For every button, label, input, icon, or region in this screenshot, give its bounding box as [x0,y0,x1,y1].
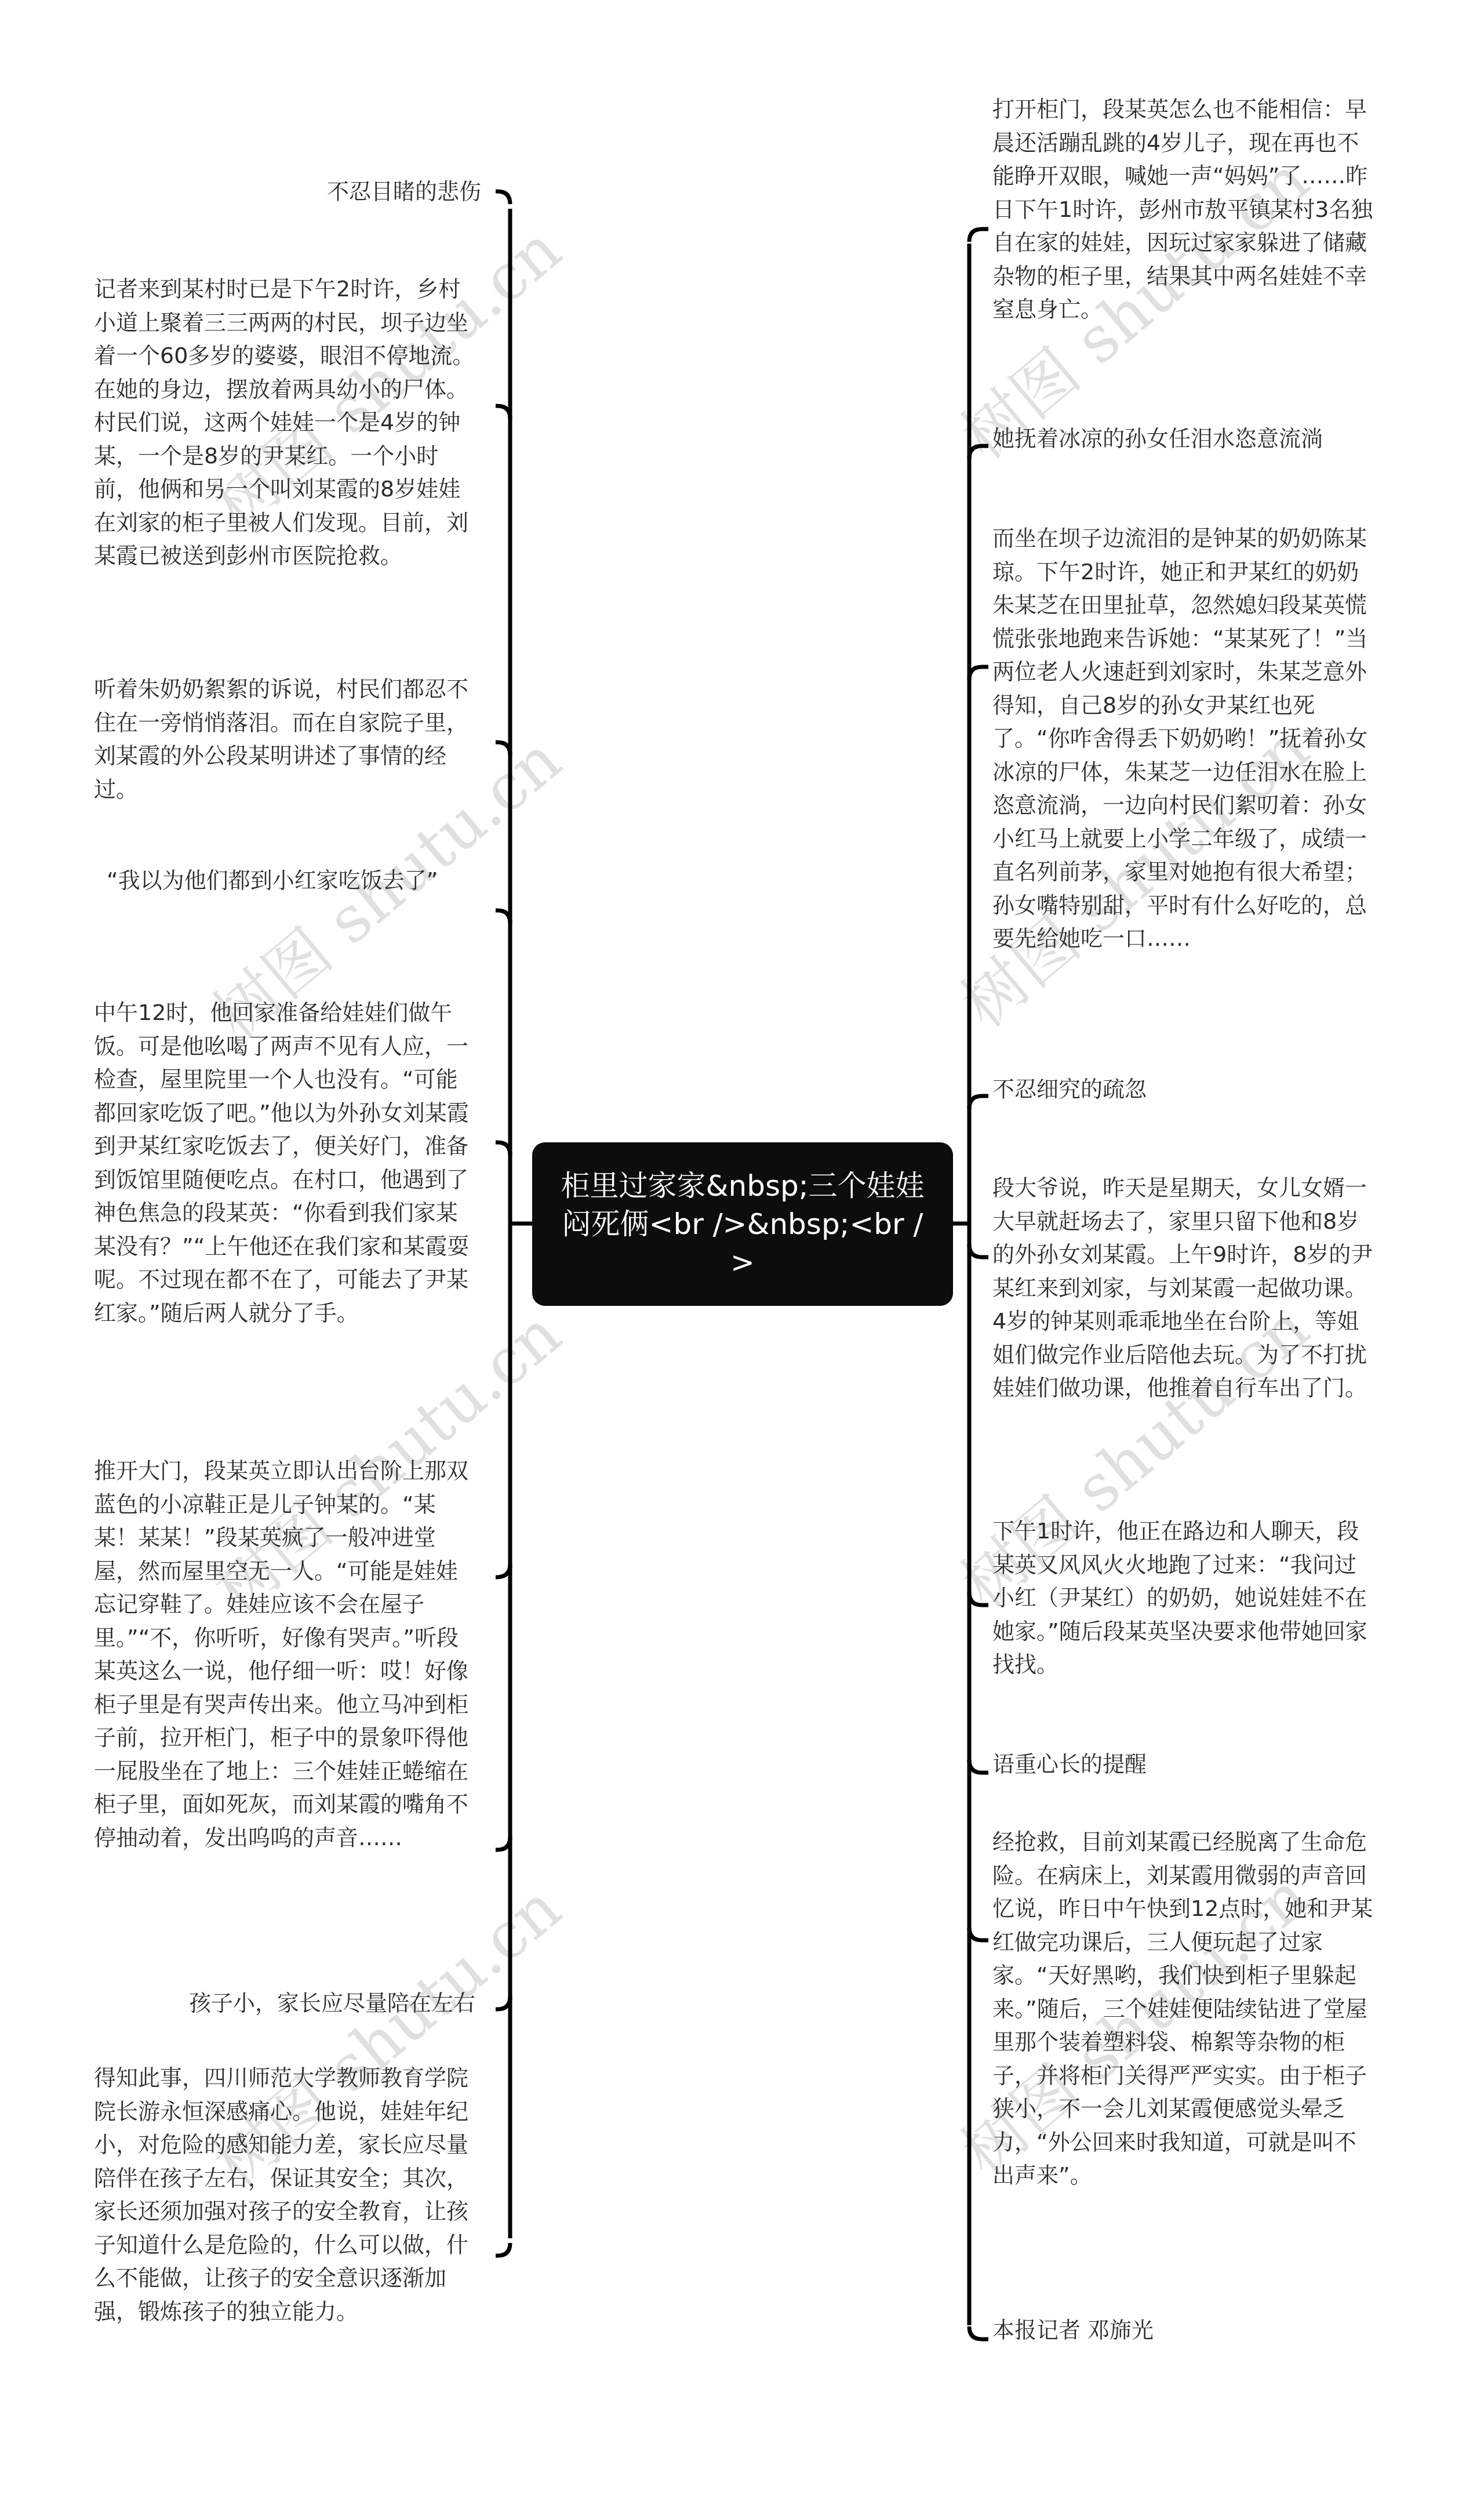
branch-label: 不忍细究的疏忽 [992,1076,1147,1102]
branch-label: 她抚着冰凉的孙女任泪水恣意流淌 [992,426,1323,451]
branch-right-6[interactable]: 下午1时许，他正在路边和人聊天，段某英又风风火火地跑了过来：“我问过小红（尹某红… [992,1515,1375,1682]
branch-right-5[interactable]: 段大爷说，昨天是星期天，女儿女婿一大早就赶场去了，家里只留下他和8岁的外孙女刘某… [992,1171,1375,1405]
branch-label: 本报记者 邓旆光 [992,2317,1154,2343]
branch-right-3[interactable]: 而坐在坝子边流泪的是钟某的奶奶陈某琼。下午2时许，她正和尹某红的奶奶朱某芝在田里… [992,522,1375,956]
root-topic-title: 柜里过家家&nbsp;三个娃娃闷死俩<br />&nbsp;<br /> [555,1167,930,1282]
branch-text: 中午12时，他回家准备给娃娃们做午饭。可是他吆喝了两声不见有人应，一检查，屋里院… [94,1000,469,1326]
branch-text: 推开大门，段某英立即认出台阶上那双蓝色的小凉鞋正是儿子钟某的。“某某！某某！”段… [94,1458,468,1850]
branch-left-3[interactable]: 听着朱奶奶絮絮的诉说，村民们都忍不住在一旁悄悄落泪。而在自家院子里，刘某霞的外公… [94,673,477,806]
branch-text: “我以为他们都到小红家吃饭去了” [94,864,477,898]
branch-right-7[interactable]: 语重心长的提醒 [992,1748,1375,1781]
branch-text: 听着朱奶奶絮絮的诉说，村民们都忍不住在一旁悄悄落泪。而在自家院子里，刘某霞的外公… [94,676,468,802]
branch-text: 经抢救，目前刘某霞已经脱离了生命危险。在病床上，刘某霞用微弱的声音回忆说，昨日中… [992,1829,1373,2188]
branch-right-2[interactable]: 她抚着冰凉的孙女任泪水恣意流淌 [992,422,1375,456]
branch-right-9[interactable]: 本报记者 邓旆光 [992,2314,1375,2347]
branch-left-1[interactable]: 不忍目睹的悲伤 [93,175,481,209]
branch-label: 语重心长的提醒 [992,1751,1147,1777]
branch-label: 孩子小，家长应尽量陪在左右 [189,1990,475,2016]
mind-map-canvas: 树图 shutu.cn 树图 shutu.cn 树图 shutu.cn 树图 s… [0,0,1484,2501]
branch-left-8[interactable]: 得知此事，四川师范大学教师教育学院院长游永恒深感痛心。他说，娃娃年纪小，对危险的… [94,2061,477,2328]
branch-left-5[interactable]: 中午12时，他回家准备给娃娃们做午饭。可是他吆喝了两声不见有人应，一检查，屋里院… [94,996,477,1330]
branch-left-2[interactable]: 记者来到某村时已是下午2时许，乡村小道上聚着三三两两的村民，坝子边坐着一个60多… [94,273,477,573]
branch-right-4[interactable]: 不忍细究的疏忽 [992,1073,1375,1106]
branch-text: 得知此事，四川师范大学教师教育学院院长游永恒深感痛心。他说，娃娃年纪小，对危险的… [94,2065,468,2324]
branch-text: 下午1时许，他正在路边和人聊天，段某英又风风火火地跑了过来：“我问过小红（尹某红… [992,1518,1367,1677]
branch-right-8[interactable]: 经抢救，目前刘某霞已经脱离了生命危险。在病床上，刘某霞用微弱的声音回忆说，昨日中… [992,1825,1375,2193]
branch-left-7[interactable]: 孩子小，家长应尽量陪在左右 [93,1987,475,2020]
branch-text: 打开柜门，段某英怎么也不能相信：早晨还活蹦乱跳的4岁儿子，现在再也不能睁开双眼，… [992,96,1373,322]
branch-text: 而坐在坝子边流泪的是钟某的奶奶陈某琼。下午2时许，她正和尹某红的奶奶朱某芝在田里… [992,525,1367,951]
root-topic-node[interactable]: 柜里过家家&nbsp;三个娃娃闷死俩<br />&nbsp;<br /> [532,1142,953,1306]
branch-right-1[interactable]: 打开柜门，段某英怎么也不能相信：早晨还活蹦乱跳的4岁儿子，现在再也不能睁开双眼，… [992,93,1375,326]
branch-label: 不忍目睹的悲伤 [327,179,481,204]
branch-text: 段大爷说，昨天是星期天，女儿女婿一大早就赶场去了，家里只留下他和8岁的外孙女刘某… [992,1175,1373,1400]
branch-left-4[interactable]: “我以为他们都到小红家吃饭去了” [94,864,477,898]
branch-text: 记者来到某村时已是下午2时许，乡村小道上聚着三三两两的村民，坝子边坐着一个60多… [94,276,474,568]
branch-left-6[interactable]: 推开大门，段某英立即认出台阶上那双蓝色的小凉鞋正是儿子钟某的。“某某！某某！”段… [94,1454,477,1854]
